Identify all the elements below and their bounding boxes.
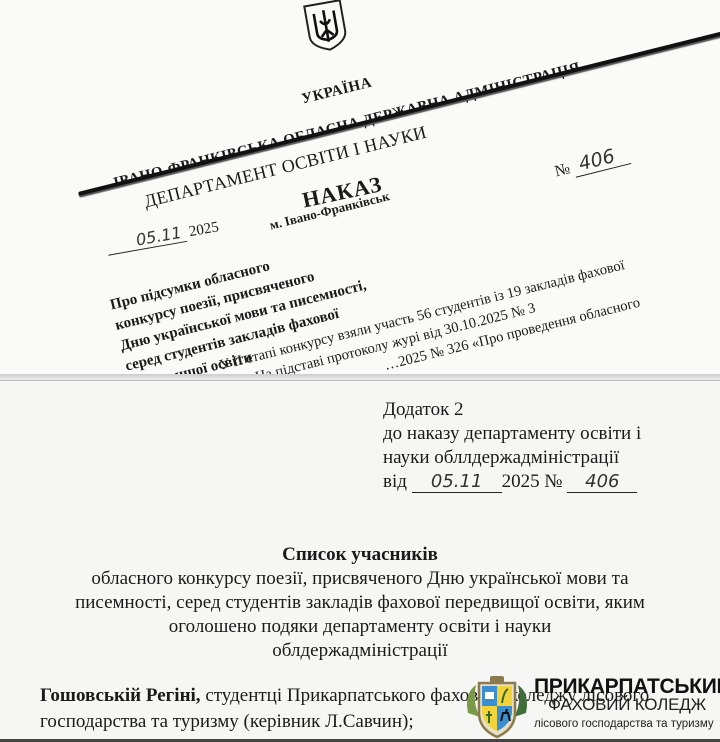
college-crest-icon [462, 673, 532, 742]
college-name-line3: лісового господарства та туризму [534, 718, 714, 730]
order-date: 05.11 2025 [105, 216, 220, 255]
college-name-line2: ФАХОВИЙ КОЛЕДЖ [548, 695, 706, 715]
list-title: Список учасників [0, 543, 720, 567]
number-label: № [553, 160, 572, 180]
date-year: 2025 [188, 219, 220, 240]
appendix-date-line: від 05.112025 № 406 [383, 470, 641, 494]
trident-emblem-icon [301, 0, 351, 55]
appendix-address: Додаток 2 до наказу департаменту освіти … [383, 398, 641, 494]
number-value: 406 [571, 142, 631, 178]
participant-name: Гошовській Регіні, [40, 685, 201, 706]
appendix-date-value: 05.11 [412, 472, 502, 493]
date-handwritten: 05.11 [105, 222, 187, 256]
order-number: № 406 [552, 142, 631, 183]
college-logo: ПРИКАРПАТСЬКИЙ ФАХОВИЙ КОЛЕДЖ лісового г… [458, 671, 720, 742]
appendix-number-value: 406 [567, 472, 637, 493]
header-country: УКРАЇНА [300, 75, 374, 109]
order-scan: УКРАЇНА ІВАНО-ФРАНКІВСЬКА ОБЛАСНА ДЕРЖАВ… [0, 0, 720, 380]
list-title-block: Список учасників обласного конкурсу поез… [0, 543, 720, 663]
appendix-number: Додаток 2 [383, 398, 641, 422]
appendix-page: Додаток 2 до наказу департаменту освіти … [0, 380, 720, 742]
